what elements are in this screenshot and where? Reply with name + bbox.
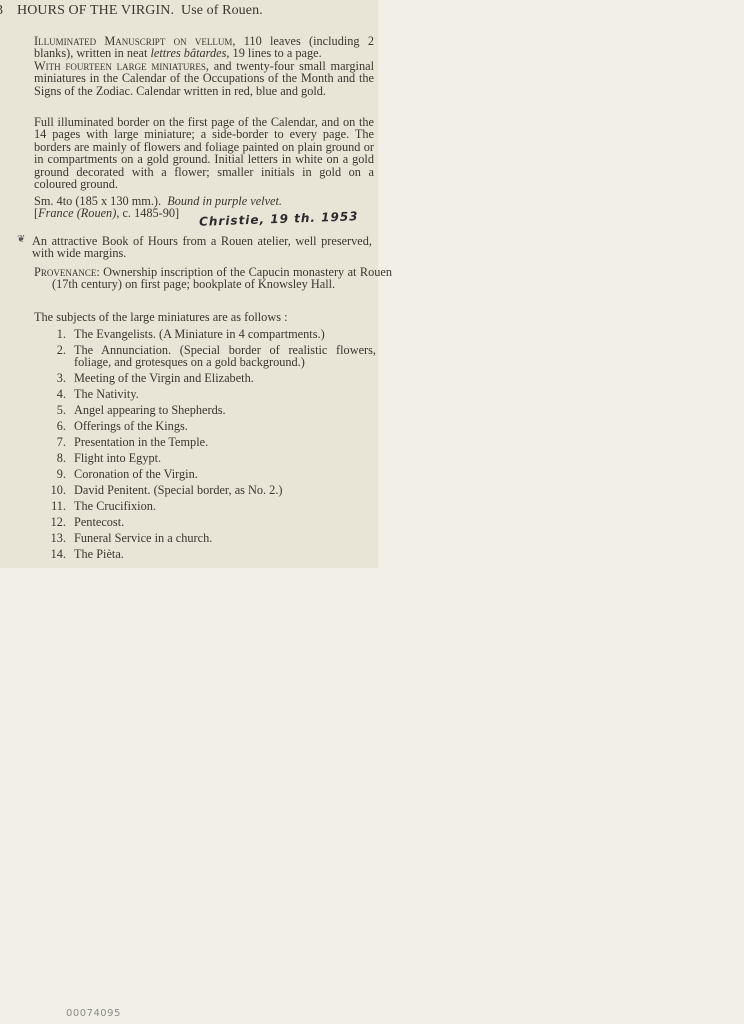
list-item: 1.The Evangelists. (A Miniature in 4 com… [44,328,376,340]
list-item: 2.The Annunciation. (Special border of r… [44,344,376,369]
list-item: 10.David Penitent. (Special border, as N… [44,484,376,496]
list-item: 7.Presentation in the Temple. [44,436,376,448]
item-number: 10. [44,484,66,496]
item-text: The Evangelists. (A Miniature in 4 compa… [74,328,376,340]
list-item: 4.The Nativity. [44,388,376,400]
item-number: 9. [44,468,66,480]
item-number: 13. [44,532,66,544]
item-number: 3. [44,372,66,384]
list-item: 9.Coronation of the Virgin. [44,468,376,480]
item-text: Presentation in the Temple. [74,436,376,448]
binding: Bound in purple velvet. [167,194,282,208]
fleuron-icon: ❦ [17,234,25,245]
item-text: David Penitent. (Special border, as No. … [74,484,376,496]
item-text: Angel appearing to Shepherds. [74,404,376,416]
list-item: 6.Offerings of the Kings. [44,420,376,432]
catalogue-clipping: 3 HOURS OF THE VIRGIN. Use of Rouen. Ill… [0,0,378,568]
item-number: 7. [44,436,66,448]
note-paragraph: An attractive Book of Hours from a Rouen… [32,235,372,260]
item-text: Coronation of the Virgin. [74,468,376,480]
description-paragraph-borders: Full illuminated border on the first pag… [34,116,374,190]
item-number: 14. [44,548,66,560]
inventory-stamp: 00074095 [66,1008,121,1019]
lot-use: Use of Rouen. [181,3,263,19]
item-text: Meeting of the Virgin and Elizabeth. [74,372,376,384]
item-text: Pentecost. [74,516,376,528]
list-item: 13.Funeral Service in a church. [44,532,376,544]
lot-number: 3 [0,3,3,19]
item-number: 12. [44,516,66,528]
item-number: 5. [44,404,66,416]
provenance: Provenance: Ownership inscription of the… [34,266,392,291]
item-number: 4. [44,388,66,400]
list-item: 3.Meeting of the Virgin and Elizabeth. [44,372,376,384]
list-item: 5.Angel appearing to Shepherds. [44,404,376,416]
list-item: 11.The Crucifixion. [44,500,376,512]
item-text: The Pièta. [74,548,376,560]
miniatures-list: 1.The Evangelists. (A Miniature in 4 com… [44,328,376,564]
provenance-text: : Ownership inscription of the Capucin m… [52,265,392,291]
item-text: Offerings of the Kings. [74,420,376,432]
miniatures-intro: The subjects of the large miniatures are… [34,311,374,323]
item-number: 6. [44,420,66,432]
item-text: Funeral Service in a church. [74,532,376,544]
list-item: 8.Flight into Egypt. [44,452,376,464]
item-text: The Annunciation. (Special border of rea… [74,344,376,369]
item-number: 2. [44,344,66,356]
item-number: 11. [44,500,66,512]
item-number: 1. [44,328,66,340]
description-paragraph-1: Illuminated Manuscript on vellum, 110 le… [34,35,374,97]
list-item: 14.The Pièta. [44,548,376,560]
item-text: The Crucifixion. [74,500,376,512]
lot-title: HOURS OF THE VIRGIN. [17,3,174,19]
list-item: 12.Pentecost. [44,516,376,528]
item-text: Flight into Egypt. [74,452,376,464]
item-number: 8. [44,452,66,464]
item-text: The Nativity. [74,388,376,400]
